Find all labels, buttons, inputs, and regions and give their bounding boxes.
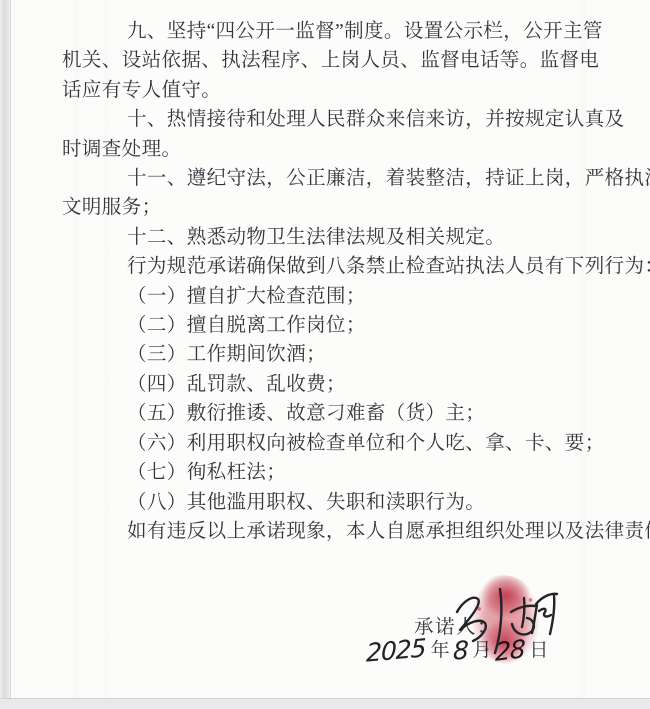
scan-edge-bottom (0, 698, 650, 709)
body-line: 机关、设站依据、执法程序、上岗人员、监督电话等。监督电 (62, 46, 650, 75)
body-line: （二）擅自脱离工作岗位； (62, 311, 650, 340)
body-line: 十二、熟悉动物卫生法律法规及相关规定。 (62, 223, 650, 252)
body-line: 话应有专人值守。 (62, 76, 650, 105)
body-line: 行为规范承诺确保做到八条禁止检查站执法人员有下列行为： (62, 252, 650, 281)
handwritten-year: 2025 (366, 635, 426, 665)
body-line: （五）敷衍推诿、故意刁难畜（货）主； (62, 399, 650, 428)
scan-edge-left (0, 0, 11, 709)
body-line: （八）其他滥用职权、失职和渎职行为。 (62, 488, 650, 517)
body-line: （三）工作期间饮酒； (62, 340, 650, 369)
document-body: 九、坚持“四公开一监督”制度。设置公示栏，公开主管 机关、设站依据、执法程序、上… (62, 17, 650, 546)
year-unit: 年 (431, 640, 450, 662)
body-line: 如有违反以上承诺现象，本人自愿承担组织处理以及法律责任。 (62, 517, 650, 546)
body-line: （一）擅自扩大检查范围； (62, 282, 650, 311)
body-line: （四）乱罚款、乱收费； (62, 370, 650, 399)
paper-edge-line (14, 0, 15, 709)
body-line: 十一、遵纪守法，公正廉洁，着装整洁，持证上岗，严格执法， (62, 164, 650, 193)
body-line: （六）利用职权向被检查单位和个人吃、拿、卡、要； (62, 429, 650, 458)
handwritten-signature (448, 578, 565, 660)
body-line: 九、坚持“四公开一监督”制度。设置公示栏，公开主管 (62, 17, 650, 46)
scanned-document-page: 九、坚持“四公开一监督”制度。设置公示栏，公开主管 机关、设站依据、执法程序、上… (0, 0, 650, 709)
body-line: （七）徇私枉法； (62, 458, 650, 487)
body-line: 十、热情接待和处理人民群众来信来访，并按规定认真及 (62, 105, 650, 134)
body-line: 时调查处理。 (62, 135, 650, 164)
body-line: 文明服务； (62, 193, 650, 222)
